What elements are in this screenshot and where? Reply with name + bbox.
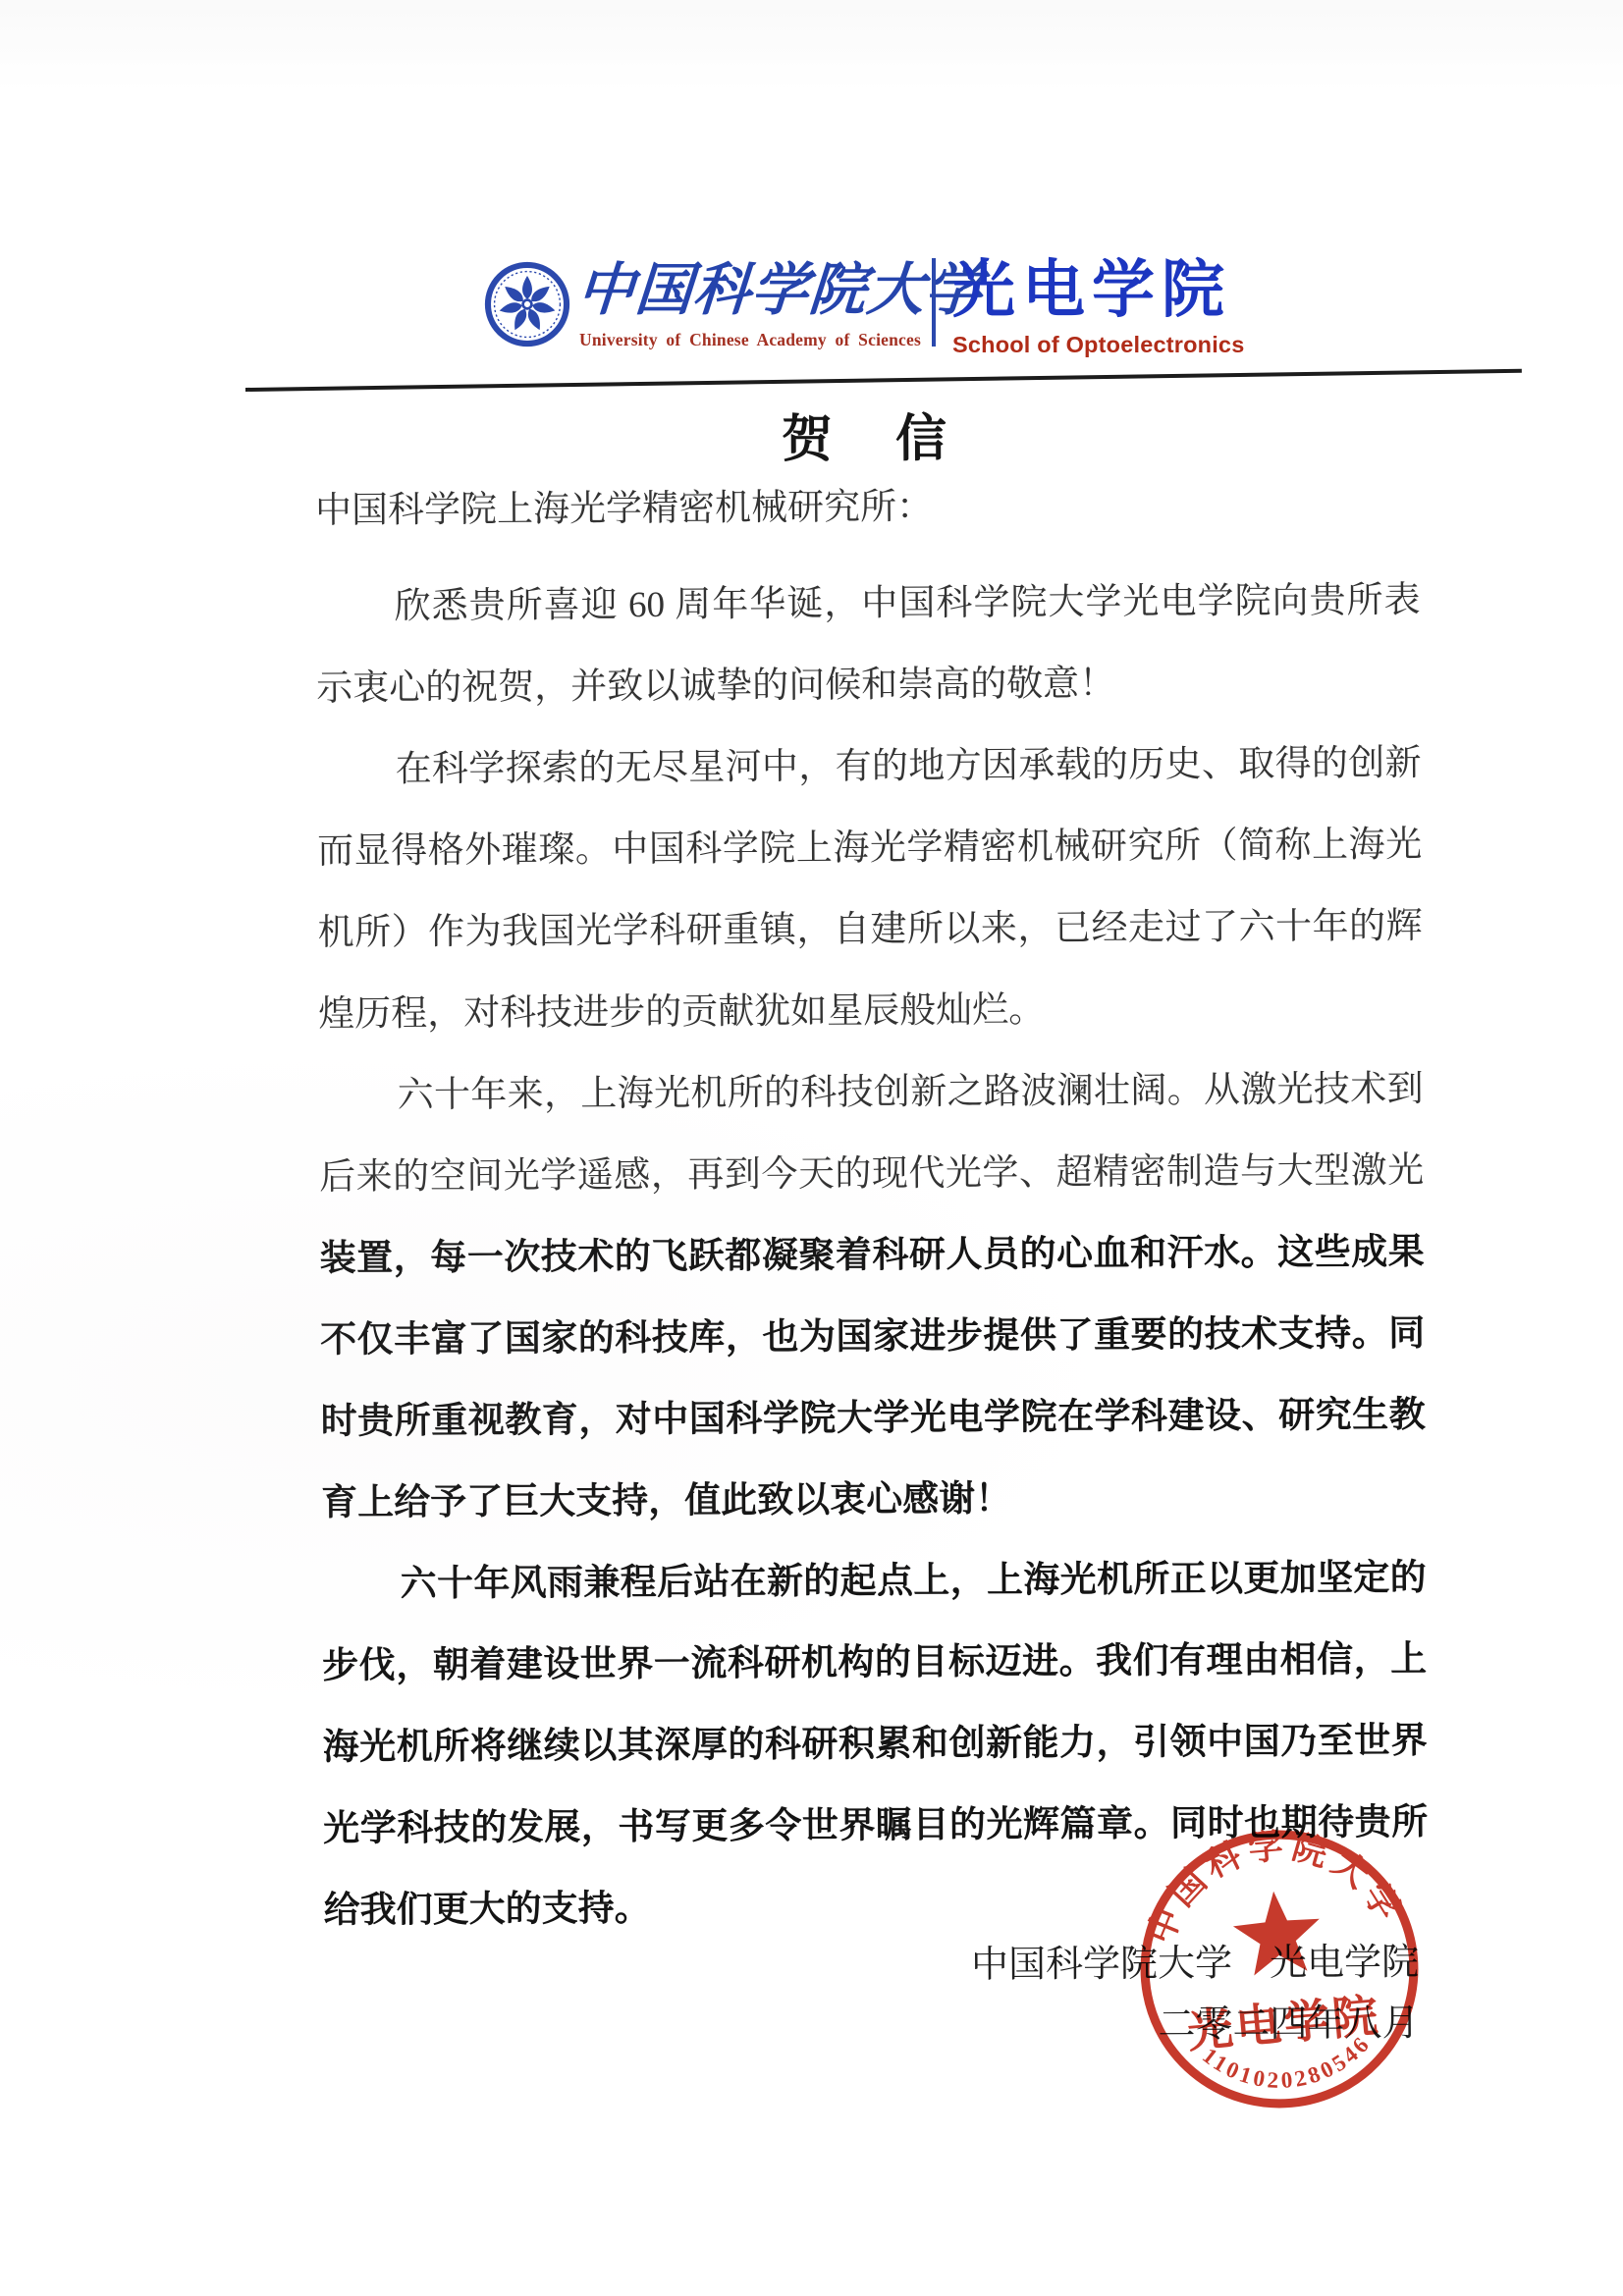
body-line: 煌历程，对科技进步的贡献犹如星辰般灿烂。 bbox=[318, 967, 1423, 1055]
body-line: 六十年风雨兼程后站在新的起点上，上海光机所正以更加坚定的 bbox=[321, 1537, 1426, 1626]
body-line: 六十年来，上海光机所的科技创新之路波澜壮阔。从激光技术到 bbox=[318, 1048, 1423, 1137]
salutation: 中国科学院上海光学精密机械研究所： bbox=[315, 463, 1420, 552]
body-line: 后来的空间光学遥感，再到今天的现代光学、超精密制造与大型激光 bbox=[319, 1130, 1424, 1218]
official-seal: 中国科学院大学 光电学院 1101020280546 bbox=[1118, 1808, 1439, 2129]
body-line: 装置，每一次技术的飞跃都凝聚着科研人员的心血和汗水。这些成果 bbox=[319, 1211, 1424, 1300]
body-line: 步伐，朝着建设世界一流科研机构的目标迈进。我们有理由相信，上 bbox=[322, 1619, 1427, 1707]
letter-text-column: 中国科学院上海光学精密机械研究所： 欣悉贵所喜迎 60 周年华诞，中国科学院大学… bbox=[315, 463, 1429, 1951]
body-line: 示衷心的祝贺，并致以诚挚的问候和崇高的敬意！ bbox=[316, 641, 1421, 729]
body-line: 在科学探索的无尽星河中，有的地方因承载的历史、取得的创新 bbox=[316, 722, 1421, 811]
seal-star-icon bbox=[1230, 1888, 1324, 1977]
body-line: 海光机所将继续以其深厚的科研积累和创新能力，引领中国乃至世界 bbox=[322, 1700, 1427, 1789]
body-line: 而显得格外璀璨。中国科学院上海光学精密机械研究所（简称上海光 bbox=[317, 804, 1422, 892]
body-line: 欣悉贵所喜迎 60 周年华诞，中国科学院大学光电学院向贵所表 bbox=[315, 560, 1420, 648]
body-line: 不仅丰富了国家的科技库，也为国家进步提供了重要的技术支持。同 bbox=[320, 1293, 1425, 1381]
scanned-letter-page: 中国科学院大学 University of Chinese Academy of… bbox=[0, 0, 1623, 2296]
body-line: 机所）作为我国光学科研重镇，自建所以来，已经走过了六十年的辉 bbox=[317, 885, 1422, 974]
body-line: 育上给予了巨大支持，值此致以衷心感谢！ bbox=[321, 1456, 1426, 1544]
body-line: 时贵所重视教育，对中国科学院大学光电学院在学科建设、研究生教 bbox=[320, 1374, 1425, 1463]
